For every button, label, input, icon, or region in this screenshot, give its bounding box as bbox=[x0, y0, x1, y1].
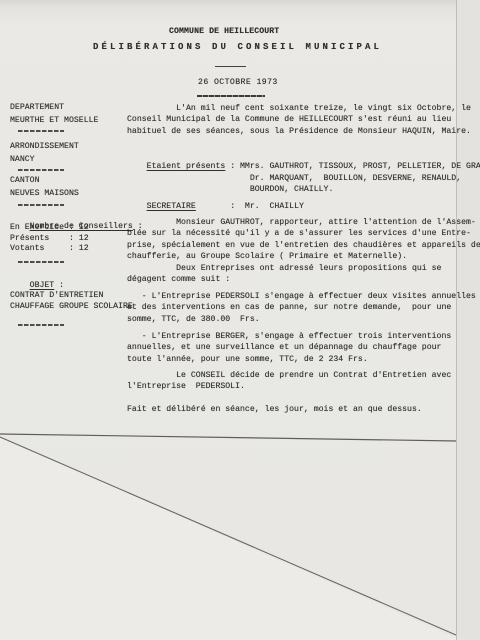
scan-artifact-lines bbox=[0, 0, 480, 640]
scanned-document-page: COMMUNE DE HEILLECOURT DÉLIBÉRATIONS DU … bbox=[0, 0, 480, 640]
horizontal-edge-line bbox=[0, 434, 457, 441]
diagonal-edge-line bbox=[0, 437, 456, 635]
